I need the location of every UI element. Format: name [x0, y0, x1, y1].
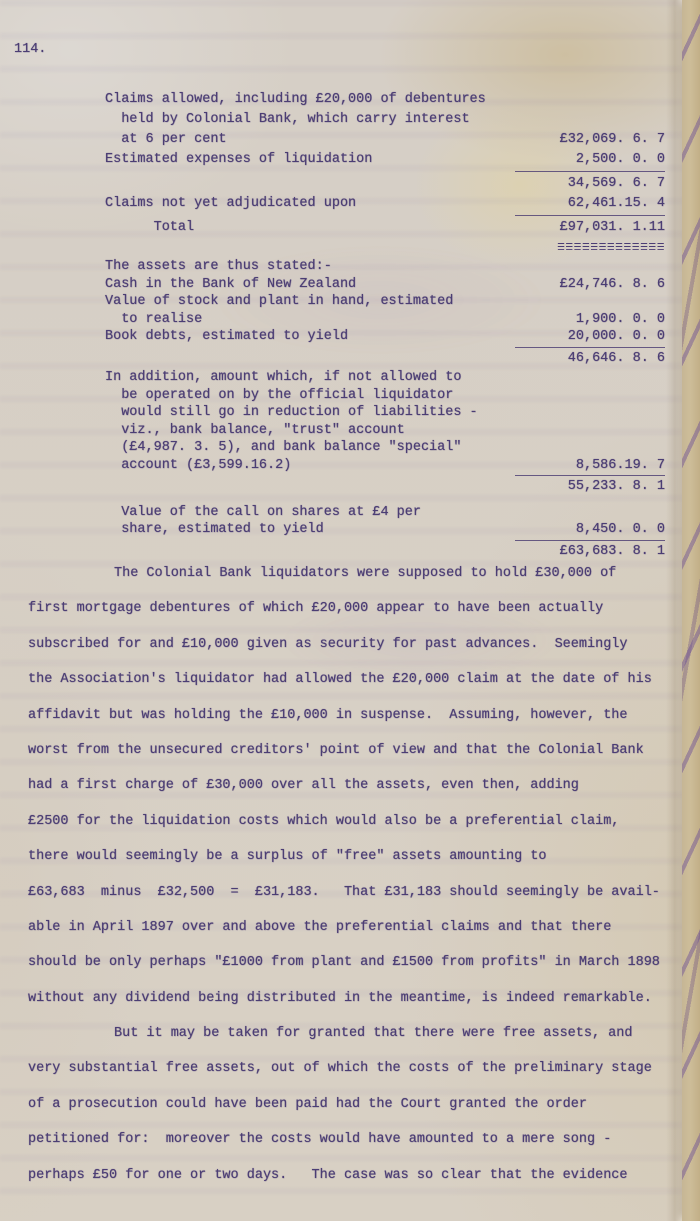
paragraph-line: of a prosecution could have been paid ha… — [28, 1087, 693, 1122]
statement-label: In addition, amount which, if not allowe… — [105, 369, 461, 387]
paragraph-line: £2500 for the liquidation costs which wo… — [28, 804, 693, 839]
statement-label: Claims allowed, including £20,000 of deb… — [105, 90, 486, 110]
statement-row: held by Colonial Bank, which carry inter… — [105, 110, 665, 130]
statement-row: The assets are thus stated:- — [105, 258, 665, 276]
statement-row: viz., bank balance, "trust" account — [105, 422, 665, 440]
statement-amount: £24,746. 8. 6 — [513, 276, 665, 294]
statement-row: Claims allowed, including £20,000 of deb… — [105, 90, 665, 110]
statement-label: Claims not yet adjudicated upon — [105, 194, 356, 214]
statement-row: at 6 per cent£32,069. 6. 7 — [105, 130, 665, 150]
statement-label: The assets are thus stated:- — [105, 258, 332, 276]
statement-row: Total£97,031. 1.11 — [105, 218, 665, 238]
statement-block: In addition, amount which, if not allowe… — [105, 369, 665, 560]
statement-label: be operated on by the official liquidato… — [105, 387, 453, 405]
statement-row: Estimated expenses of liquidation2,500. … — [105, 150, 665, 170]
statement-row: Value of stock and plant in hand, estima… — [105, 293, 665, 311]
statement-amount: 2,500. 0. 0 — [513, 150, 665, 170]
statement-label: Value of the call on shares at £4 per — [105, 504, 421, 522]
statement-label: to realise — [105, 311, 202, 329]
statement-label: Estimated expenses of liquidation — [105, 150, 372, 170]
statement-amount — [513, 439, 665, 457]
statement-amount: 34,569. 6. 7 — [513, 174, 665, 194]
statement-label: Value of stock and plant in hand, estima… — [105, 293, 453, 311]
statement-label: at 6 per cent — [105, 130, 227, 150]
statement-amount — [513, 422, 665, 440]
ruled-line — [515, 171, 665, 172]
statement-row: 55,233. 8. 1 — [105, 478, 665, 496]
ruled-line — [515, 540, 665, 541]
statement-row: Book debts, estimated to yield20,000. 0.… — [105, 328, 665, 346]
paragraph-line: able in April 1897 over and above the pr… — [28, 910, 693, 945]
liquidation-financial-statement: Claims allowed, including £20,000 of deb… — [105, 90, 665, 560]
statement-amount — [513, 90, 665, 110]
statement-row: be operated on by the official liquidato… — [105, 387, 665, 405]
statement-amount: 1,900. 0. 0 — [513, 311, 665, 329]
statement-block: The assets are thus stated:-Cash in the … — [105, 258, 665, 367]
statement-row: to realise1,900. 0. 0 — [105, 311, 665, 329]
paragraph-line: had a first charge of £30,000 over all t… — [28, 768, 693, 803]
blank-line — [105, 496, 665, 504]
statement-row: account (£3,599.16.2)8,586.19. 7 — [105, 457, 665, 475]
statement-row: ============= — [105, 238, 665, 258]
statement-amount: 8,450. 0. 0 — [513, 521, 665, 539]
statement-amount — [513, 293, 665, 311]
statement-row: Cash in the Bank of New Zealand£24,746. … — [105, 276, 665, 294]
paragraph-line: £63,683 minus £32,500 = £31,183. That £3… — [28, 875, 693, 910]
paragraph-line: subscribed for and £10,000 given as secu… — [28, 627, 693, 662]
statement-label: (£4,987. 3. 5), and bank balance "specia… — [105, 439, 461, 457]
paragraph-line: perhaps £50 for one or two days. The cas… — [28, 1158, 693, 1193]
paragraph-line: without any dividend being distributed i… — [28, 981, 693, 1016]
statement-label: account (£3,599.16.2) — [105, 457, 291, 475]
paragraph-line: should be only perhaps "£1000 from plant… — [28, 945, 693, 980]
scanned-document-page: 114. Claims allowed, including £20,000 o… — [0, 0, 700, 1221]
page-number: 114. — [14, 42, 46, 57]
statement-row: 34,569. 6. 7 — [105, 174, 665, 194]
paragraph-line: The Colonial Bank liquidators were suppo… — [28, 556, 693, 591]
statement-amount: 8,586.19. 7 — [513, 457, 665, 475]
paragraph-line: petitioned for: moreover the costs would… — [28, 1122, 693, 1157]
double-rule: ============= — [513, 238, 665, 258]
statement-label: Book debts, estimated to yield — [105, 328, 348, 346]
statement-amount — [513, 369, 665, 387]
statement-amount: 55,233. 8. 1 — [513, 478, 665, 496]
statement-amount — [513, 504, 665, 522]
statement-amount: 46,646. 8. 6 — [513, 350, 665, 368]
paragraph-line: first mortgage debentures of which £20,0… — [28, 591, 693, 626]
paragraph-line: there would seemingly be a surplus of "f… — [28, 839, 693, 874]
ruled-line — [515, 347, 665, 348]
statement-amount: £97,031. 1.11 — [513, 218, 665, 238]
statement-amount: £32,069. 6. 7 — [513, 130, 665, 150]
paragraph-line: But it may be taken for granted that the… — [28, 1016, 693, 1051]
statement-row: share, estimated to yield8,450. 0. 0 — [105, 521, 665, 539]
statement-block: Claims allowed, including £20,000 of deb… — [105, 90, 665, 258]
paragraph-line: very substantial free assets, out of whi… — [28, 1051, 693, 1086]
statement-amount — [513, 110, 665, 130]
statement-label: Cash in the Bank of New Zealand — [105, 276, 356, 294]
statement-label: Total — [105, 218, 194, 238]
statement-row: would still go in reduction of liabiliti… — [105, 404, 665, 422]
statement-amount: 20,000. 0. 0 — [513, 328, 665, 346]
ruled-line — [515, 215, 665, 216]
paragraph-line: worst from the unsecured creditors' poin… — [28, 733, 693, 768]
statement-label: held by Colonial Bank, which carry inter… — [105, 110, 470, 130]
body-paragraphs: The Colonial Bank liquidators were suppo… — [28, 556, 693, 1193]
statement-amount — [513, 258, 665, 276]
statement-row: (£4,987. 3. 5), and bank balance "specia… — [105, 439, 665, 457]
statement-label: share, estimated to yield — [105, 521, 324, 539]
ruled-line — [515, 475, 665, 476]
statement-row: Value of the call on shares at £4 per — [105, 504, 665, 522]
statement-amount — [513, 387, 665, 405]
statement-row: Claims not yet adjudicated upon62,461.15… — [105, 194, 665, 214]
statement-amount: 62,461.15. 4 — [513, 194, 665, 214]
paragraph-line: the Association's liquidator had allowed… — [28, 662, 693, 697]
statement-amount — [513, 404, 665, 422]
paragraph-line: affidavit but was holding the £10,000 in… — [28, 698, 693, 733]
statement-row: 46,646. 8. 6 — [105, 350, 665, 368]
statement-row: In addition, amount which, if not allowe… — [105, 369, 665, 387]
statement-label: viz., bank balance, "trust" account — [105, 422, 405, 440]
statement-label: would still go in reduction of liabiliti… — [105, 404, 478, 422]
